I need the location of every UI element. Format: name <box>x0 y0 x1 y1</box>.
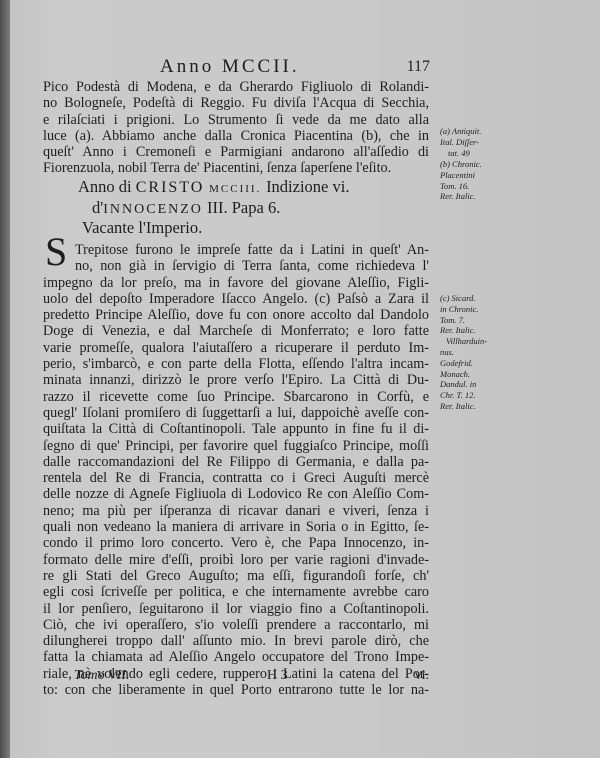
running-head-title: Anno MCCII. <box>160 56 300 78</box>
top-paragraph: Pico Podestà di Modena, e da Gherardo Fi… <box>43 79 429 177</box>
text-line: il lor penſiero, ſeguitarono il lor viag… <box>43 601 429 617</box>
text-line: perio, s'imbarcò, e con parte della Flot… <box>43 356 429 372</box>
text-line: no Bologneſe, Podeſtà di Reggio. Fu divi… <box>43 95 429 111</box>
text-line: luce (a). Abbiamo anche dalla Cronica Pi… <box>43 128 429 144</box>
text-line: varie promeſſe, qualora l'aiutaſſero a r… <box>43 340 429 356</box>
main-paragraph: Trepitose furono le impreſe fatte da i L… <box>43 242 429 698</box>
text-line: rentela del Re di Francia, contratta co … <box>43 470 429 486</box>
section-heading: Anno di Cristo mcciii. Indizione vi. d'I… <box>78 178 418 238</box>
text-line: quali non vedeano la maniera di arrivare… <box>43 519 429 535</box>
text-line: uolo del depoſto Imperadore Iſacco Angel… <box>43 291 429 307</box>
book-spine-shadow <box>0 0 10 758</box>
text-line: Pico Podestà di Modena, e da Gherardo Fi… <box>43 79 429 95</box>
text-line: razzo il ricevette come ſuo Principe. Sb… <box>43 389 429 405</box>
page-footer: Tomo VII. H 3 vi. <box>74 668 429 686</box>
text-line: re gli Stati del Greco Auguſto; ma eſſi,… <box>43 568 429 584</box>
text-line: condo il primo loro concerto. Vero è, ch… <box>43 535 429 551</box>
text-line: no, non già in ſervigio di Terra ſanta, … <box>75 258 429 274</box>
catchword: vi. <box>415 668 429 684</box>
text-line: predetto Principe Aleſſio, dove fu con o… <box>43 307 429 323</box>
text-line: neno; ma più per iſperanza di ricavar da… <box>43 503 429 519</box>
text-line: Fiorenzuola, nobil Terra de' Piacentini,… <box>43 160 429 176</box>
margin-note-a: (a) Antiquit. Ital. Diſſer- tat. 49 <box>440 126 540 158</box>
text-line: fatta la chiamata ad Aleſſio Angelo occu… <box>43 649 429 665</box>
heading-line-empire: Vacante l'Imperio. <box>78 219 418 238</box>
signature-mark: H 3 <box>267 668 288 684</box>
text-line: quiſtata la Città di Coſtantinopoli. Tal… <box>43 421 429 437</box>
text-line: ſegno di que' Principi, per favorire que… <box>43 438 429 454</box>
running-head: Anno MCCII. 117 <box>160 56 430 78</box>
text-line: Ciò, che ivi operaſſero, s'io voleſſi pr… <box>43 617 429 633</box>
text-line: minata innanzi, dirizzò le prore verſo l… <box>43 372 429 388</box>
page-number: 117 <box>407 58 430 76</box>
text-line: Doge di Venezia, e dal Marcheſe di Monfe… <box>43 323 429 339</box>
text-line: queſt' Anno i Cremoneſi e Parmigiani and… <box>43 144 429 160</box>
text-line: dalle raccomandazioni del Re Filippo di … <box>43 454 429 470</box>
text-line: impegno da lor preſo, ma in favore del g… <box>43 275 429 291</box>
heading-line-pope: d'Innocenzo III. Papa 6. <box>78 199 418 220</box>
text-line: e rilaſciati i prigioni. Lo Strumento ſi… <box>43 112 429 128</box>
heading-line-year: Anno di Cristo mcciii. Indizione vi. <box>78 178 418 199</box>
text-line: egli così ſcriveſſe per politica, e che … <box>43 584 429 600</box>
text-line: dilungherei troppo dall' aſſunto mio. In… <box>43 633 429 649</box>
text-line: formato delle mire d'eſſi, proibì loro p… <box>43 552 429 568</box>
margin-note-c: (c) Sicard. in Chronic. Tom. 7. Rer. Ita… <box>440 293 540 412</box>
text-line: delle nozze di Agneſe Figliuola di Lodov… <box>43 486 429 502</box>
text-line: quegl' Iſolani promiſero di ſuggettarſi … <box>43 405 429 421</box>
volume-label: Tomo VII. <box>74 668 130 684</box>
text-line: Trepitose furono le impreſe fatte da i L… <box>75 242 429 258</box>
margin-note-b: (b) Chronic. Placentini Tom. 16. Rer. It… <box>440 159 540 202</box>
